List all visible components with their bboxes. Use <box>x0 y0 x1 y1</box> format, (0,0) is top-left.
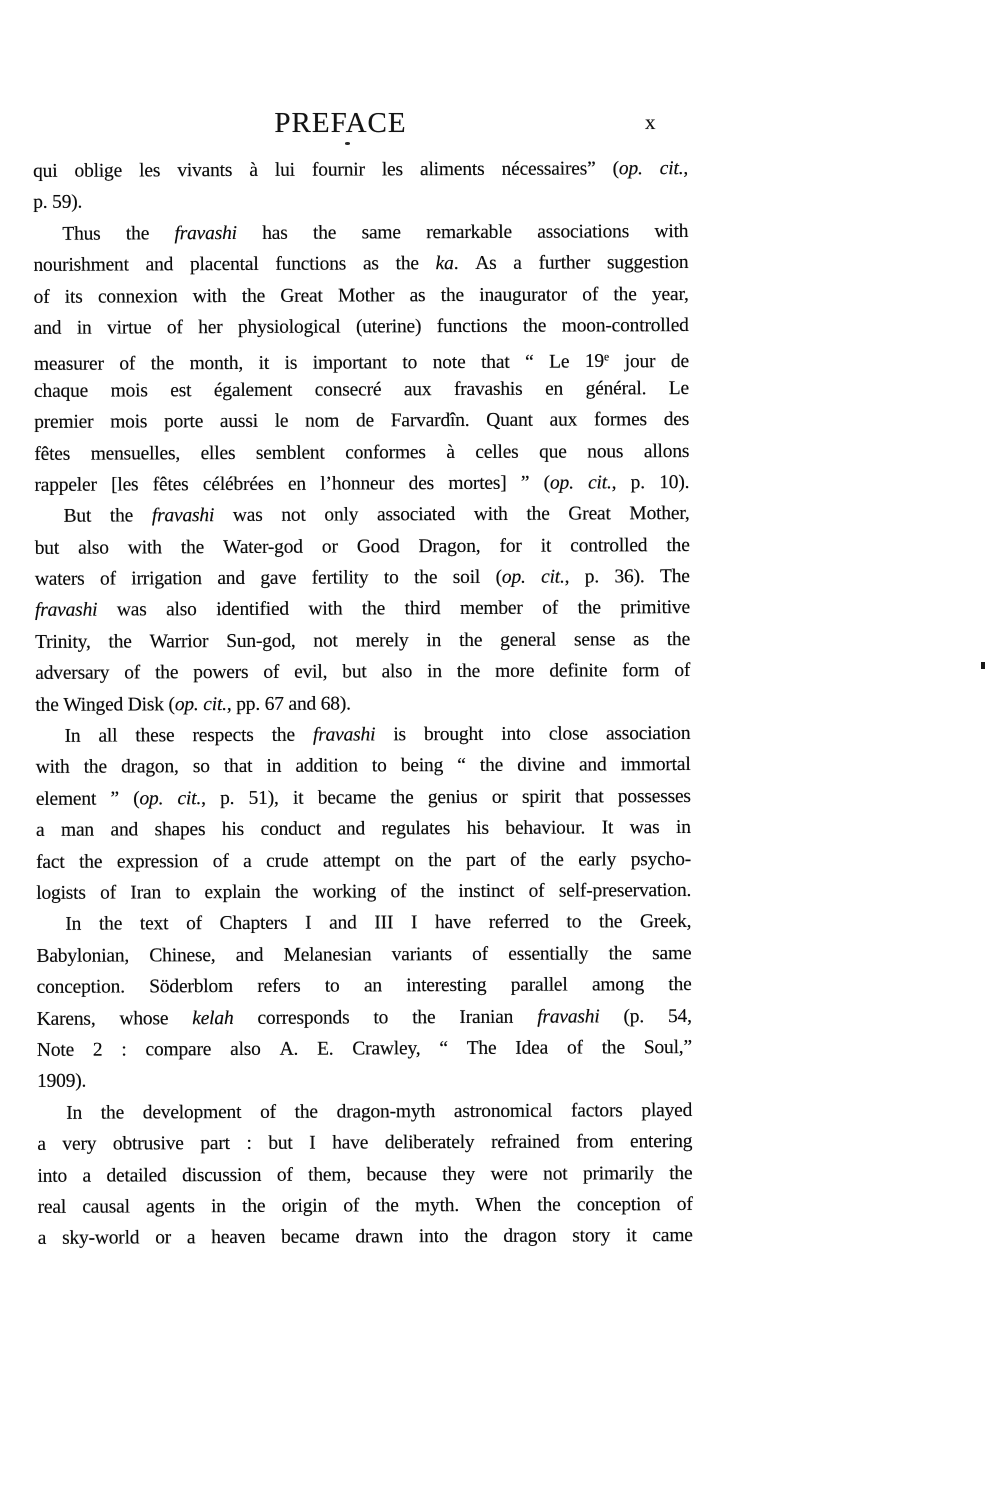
word: also <box>230 1034 261 1066</box>
word: of <box>529 876 545 907</box>
scan-artifact-speck <box>981 662 985 669</box>
word: des <box>409 468 435 500</box>
word: with <box>474 499 508 531</box>
word: text <box>140 909 169 941</box>
word: behaviour. <box>505 813 585 845</box>
word: of <box>263 657 279 688</box>
word: 67 <box>265 688 284 719</box>
word: virtue <box>107 312 151 344</box>
word: the <box>362 594 385 626</box>
word: général. <box>586 373 647 405</box>
word: : <box>246 1128 251 1159</box>
word: a <box>82 1160 91 1191</box>
word: porte <box>164 406 203 438</box>
word: the <box>441 280 464 312</box>
word: [les <box>111 469 138 501</box>
word: de <box>356 405 374 436</box>
word: Iranian <box>459 1001 513 1033</box>
word: agents <box>146 1191 195 1223</box>
word: “ <box>457 750 466 781</box>
word: Chinese, <box>149 940 215 972</box>
word: the <box>313 217 336 249</box>
word: irrigation <box>131 563 202 595</box>
word: the <box>669 1157 692 1189</box>
word: the <box>480 750 503 782</box>
word: Warrior <box>149 626 208 658</box>
word: Quant <box>486 405 533 437</box>
word: and <box>236 940 264 972</box>
text-line: chaquemoisestégalementconsecréauxfravash… <box>34 373 689 407</box>
word: with <box>193 281 227 313</box>
word: year, <box>652 279 689 311</box>
word: Söderblom <box>149 971 233 1003</box>
word: sense <box>574 624 615 656</box>
word: elles <box>201 437 236 469</box>
word: A. <box>280 1034 299 1065</box>
word: a <box>187 1222 196 1253</box>
word: the <box>609 938 632 970</box>
word: the <box>666 530 689 562</box>
word: Le <box>669 373 689 404</box>
word: III <box>374 908 393 939</box>
word: Winged <box>63 689 123 721</box>
word: l’honneur <box>320 468 394 500</box>
text-line: logistsofIrantoexplaintheworkingoftheins… <box>36 875 691 909</box>
word: controlled <box>570 530 647 562</box>
word: the <box>667 624 690 656</box>
word: a <box>37 1129 46 1160</box>
word: explain <box>204 877 260 909</box>
word: aux <box>550 405 578 437</box>
word: have <box>435 907 471 939</box>
word: association <box>606 718 691 750</box>
word: The <box>660 561 690 593</box>
word: p. <box>585 561 599 592</box>
word: nécessaires” <box>501 153 595 185</box>
word: mois <box>110 406 147 438</box>
word: Karens, <box>37 1003 96 1035</box>
word: des <box>664 404 690 436</box>
word: Mother <box>338 280 394 312</box>
word: same <box>361 217 400 249</box>
word: was <box>233 500 263 532</box>
word: les <box>382 154 403 185</box>
word: Babylonian, <box>36 940 129 972</box>
word: fact <box>36 846 65 878</box>
word: the <box>272 720 295 752</box>
word: cit., <box>588 467 616 499</box>
word: cit., <box>660 153 688 185</box>
word: : <box>121 1034 126 1065</box>
word: definite <box>549 656 607 688</box>
word: inaugurator <box>479 279 567 311</box>
word: respects <box>192 720 253 752</box>
word: them, <box>308 1159 351 1191</box>
word: became <box>318 782 376 814</box>
word: working <box>312 876 376 908</box>
text-line: averyobtrusivepart:butIhavedeliberatelyr… <box>37 1126 692 1160</box>
word: that <box>575 781 604 813</box>
word: and <box>110 815 138 847</box>
word: associations <box>537 216 629 248</box>
word: également <box>214 374 292 406</box>
word: of <box>567 1032 583 1063</box>
word: the <box>599 907 622 939</box>
word: more <box>495 656 534 688</box>
word: divine <box>517 750 565 782</box>
word: addition <box>295 751 357 783</box>
word: (p. <box>623 1001 644 1032</box>
word: of <box>100 564 116 595</box>
word: I <box>309 1128 315 1159</box>
word: came <box>652 1220 692 1252</box>
word: les <box>139 155 160 186</box>
word: Trinity, <box>35 626 91 658</box>
word: psycho- <box>631 844 691 876</box>
word: immortal <box>621 749 691 781</box>
word: or <box>155 1223 171 1254</box>
word: regulates <box>381 813 450 845</box>
word: or <box>322 531 338 562</box>
text-line: p. 59). <box>33 184 688 218</box>
word: the <box>412 1002 435 1034</box>
word: played <box>641 1095 692 1127</box>
word: premier <box>34 407 93 439</box>
word: (op. <box>168 689 198 721</box>
word: of <box>213 846 229 877</box>
text-line: 1909). <box>37 1063 692 1097</box>
word: of <box>472 939 488 970</box>
word: (op. <box>544 467 574 499</box>
word: of <box>277 1159 293 1190</box>
word: allons <box>644 436 690 468</box>
text-line: intoadetaileddiscussionofthem,becausethe… <box>37 1157 692 1191</box>
word: origin <box>282 1190 328 1222</box>
word: Iran <box>130 877 161 909</box>
word: brought <box>424 719 483 751</box>
word: obtrusive <box>113 1128 184 1160</box>
word: part <box>200 1128 230 1160</box>
word: of <box>510 844 526 875</box>
word: and <box>34 313 62 345</box>
word: 1909). <box>37 1066 86 1098</box>
word: close <box>549 718 588 750</box>
word: associated <box>377 499 455 531</box>
word: placental <box>190 249 259 281</box>
word: soil <box>453 562 481 594</box>
word: myth. <box>415 1190 459 1222</box>
word: the <box>523 311 546 343</box>
word: Chapters <box>220 908 288 940</box>
word: a <box>36 815 45 846</box>
word: the <box>35 689 58 721</box>
word: to <box>566 907 581 938</box>
word: the <box>275 877 298 909</box>
word: shapes <box>154 814 205 846</box>
word: est <box>170 375 191 406</box>
word: the <box>99 909 122 941</box>
word: astronomical <box>454 1095 552 1127</box>
word: Farvardîn. <box>391 405 470 437</box>
word: “ <box>525 346 534 377</box>
word: with <box>128 532 162 564</box>
word: conformes <box>345 437 426 469</box>
word: heaven <box>211 1222 265 1254</box>
word: same <box>652 938 691 970</box>
word: functions <box>437 311 508 343</box>
text-line: element”(op.cit.,p.51),itbecamethegenius… <box>36 781 691 815</box>
word: fravashi <box>152 500 214 532</box>
word: as <box>633 624 649 655</box>
word: the <box>155 657 178 689</box>
word: ” <box>110 783 119 814</box>
word: a <box>513 248 522 279</box>
word: genius <box>428 782 478 814</box>
word: member <box>460 593 523 625</box>
word: the <box>84 752 107 784</box>
word: factors <box>571 1095 623 1127</box>
word: vivants <box>177 155 232 187</box>
word: so <box>193 752 210 783</box>
word: Great <box>280 280 322 312</box>
word: variants <box>392 939 452 971</box>
word: refers <box>257 971 300 1003</box>
word: of <box>582 279 598 310</box>
word: primitive <box>620 592 690 624</box>
word: Great <box>568 499 610 531</box>
word: corresponds <box>257 1002 349 1034</box>
word: in <box>427 656 442 687</box>
text-line: premiermoisporteaussilenomdeFarvardîn.Qu… <box>34 404 689 438</box>
word: aussi <box>220 406 258 438</box>
word: general <box>500 624 556 656</box>
word: p. <box>631 467 645 498</box>
word: was <box>630 812 660 844</box>
word: but <box>268 1128 292 1160</box>
word: Dragon, <box>418 531 480 563</box>
text-line: adversaryofthepowersofevil,butalsointhem… <box>35 655 690 689</box>
word: as <box>409 280 425 311</box>
text-line: fravashiwasalsoidentifiedwiththethirdmem… <box>35 592 690 626</box>
text-block: quiobligelesvivantsàluifournirlesaliment… <box>33 153 693 1255</box>
word: his <box>222 814 244 846</box>
word: dragon, <box>121 752 179 784</box>
word: the <box>242 280 265 312</box>
text-line: asky-worldoraheavenbecamedrawnintothedra… <box>38 1220 693 1254</box>
word: self-preservation. <box>559 875 691 907</box>
word: referred <box>489 907 549 939</box>
word: into <box>419 1221 449 1253</box>
word: man <box>61 815 94 847</box>
word: all <box>98 721 117 752</box>
word: and <box>288 688 316 720</box>
word: discussion <box>182 1159 261 1191</box>
word: 2 <box>93 1035 103 1066</box>
word: real <box>38 1192 67 1224</box>
word: of <box>34 281 50 312</box>
word: fravashi <box>174 218 236 250</box>
word: in <box>426 625 441 656</box>
word: refrained <box>491 1127 560 1159</box>
word: connexion <box>98 281 178 313</box>
word: of <box>390 876 406 907</box>
word: its <box>65 281 83 312</box>
word: the <box>295 1096 318 1128</box>
word: the <box>126 218 149 250</box>
word: fournir <box>312 154 365 186</box>
word: parallel <box>511 970 568 1002</box>
word: spirit <box>522 781 561 813</box>
word: 51), <box>249 783 279 815</box>
word: ka. <box>436 248 459 280</box>
word: as <box>363 249 379 280</box>
word: conception <box>577 1189 661 1221</box>
word: adversary <box>35 658 109 690</box>
word: powers <box>193 657 248 689</box>
word: 59). <box>52 187 82 219</box>
text-line: butalsowiththeWater-godorGoodDragon,fori… <box>35 530 690 564</box>
word: in <box>676 812 691 843</box>
word: fravashis <box>454 373 523 405</box>
word: (op. <box>496 562 526 594</box>
word: were <box>490 1158 527 1190</box>
word: of <box>542 593 558 624</box>
word: As <box>475 248 496 279</box>
text-line: rappeler[lesfêtescélébréesenl’honneurdes… <box>34 467 689 501</box>
word: they <box>442 1158 475 1190</box>
text-line: realcausalagentsintheoriginofthemyth.Whe… <box>38 1189 693 1223</box>
word: not <box>281 500 305 532</box>
word: Good <box>357 531 400 563</box>
word: à <box>249 155 258 186</box>
word: le <box>275 406 289 437</box>
word: that <box>224 751 253 783</box>
text-line: Babylonian,Chinese,andMelanesianvariants… <box>36 938 691 972</box>
word: In <box>65 909 81 940</box>
word: physiological <box>238 311 341 343</box>
word: mensuelles, <box>91 438 180 470</box>
word: celles <box>475 436 518 468</box>
text-line: conception.Söderblomreferstoaninterestin… <box>37 969 692 1003</box>
word: became <box>281 1222 339 1254</box>
word: of <box>260 1097 276 1128</box>
word: Note <box>37 1035 74 1067</box>
word: the <box>537 1189 560 1221</box>
word: very <box>62 1129 96 1161</box>
word: the <box>375 1190 398 1222</box>
word: logists <box>36 878 86 910</box>
word: her <box>198 312 222 344</box>
word: to <box>372 751 387 782</box>
text-line: Butthefravashiwasnotonlyassociatedwithth… <box>35 498 690 532</box>
word: I <box>411 908 417 939</box>
word: of <box>100 877 116 908</box>
text-line: ofitsconnexionwiththeGreatMotherastheina… <box>34 279 689 313</box>
word: but <box>342 657 366 689</box>
page-title: PREFACE <box>33 108 648 138</box>
word: and <box>329 908 357 940</box>
word: aliments <box>420 154 485 186</box>
word: is <box>393 719 406 750</box>
text-line: Trinity,theWarriorSun-god,notmerelyinthe… <box>35 624 690 658</box>
word: fêtes <box>153 469 189 501</box>
word: whose <box>119 1003 168 1035</box>
page-number: x <box>645 110 656 135</box>
word: p. <box>33 187 47 218</box>
word: fravashi <box>35 595 97 627</box>
word: also <box>78 532 109 564</box>
word: identified <box>216 594 289 626</box>
text-line: InthetextofChaptersIandIIIIhavereferredt… <box>36 906 691 940</box>
word: the <box>101 1097 124 1129</box>
word: Mother, <box>629 498 689 530</box>
word: Greek, <box>640 906 691 938</box>
text-line: withthedragon,sothatinadditiontobeing“th… <box>36 749 691 783</box>
word: 68). <box>321 688 351 720</box>
word: to <box>384 562 399 593</box>
word: from <box>576 1126 613 1158</box>
word: the <box>421 876 444 908</box>
text-line: Note2:comparealsoA.E.Crawley,“TheIdeaoft… <box>37 1032 692 1066</box>
word: to <box>325 971 340 1002</box>
word: with <box>654 216 688 248</box>
word: crude <box>266 845 308 877</box>
text-line: the Winged Disk (op. cit., pp. 67 and 68… <box>35 687 690 721</box>
word: lui <box>275 155 295 186</box>
word: the <box>540 844 563 876</box>
word: semblent <box>256 437 325 469</box>
word: of <box>343 1190 359 1221</box>
word: and <box>146 249 174 281</box>
word: oblige <box>74 155 122 187</box>
word: sky-world <box>62 1223 139 1255</box>
word: also <box>381 656 412 688</box>
word: primarily <box>583 1158 654 1190</box>
word: fêtes <box>34 438 70 470</box>
word: dragon <box>503 1221 556 1253</box>
word: the <box>668 969 691 1001</box>
word: because <box>366 1159 426 1191</box>
word: for <box>499 530 521 562</box>
word: and <box>217 563 245 595</box>
word: evil, <box>294 657 327 689</box>
word: instinct <box>458 876 514 908</box>
text-line: Inthedevelopmentofthedragon-mythastronom… <box>37 1095 692 1129</box>
word: among <box>592 969 644 1001</box>
word: conduct <box>261 814 321 846</box>
word: conception. <box>37 972 125 1004</box>
word: not <box>543 1158 567 1190</box>
word: was <box>117 595 147 627</box>
word: with <box>308 594 342 626</box>
word: remarkable <box>426 217 512 249</box>
word: and <box>579 750 607 782</box>
word: Idea <box>515 1033 548 1065</box>
word: to <box>175 877 190 908</box>
word: form <box>622 655 659 687</box>
word: Soul,” <box>644 1032 692 1064</box>
word: When <box>475 1190 521 1222</box>
scan-artifact-dot <box>345 142 350 145</box>
word: Melanesian <box>283 939 371 971</box>
word: the <box>181 532 204 564</box>
word: part <box>466 844 496 876</box>
word: en <box>545 373 563 404</box>
word: the <box>464 1221 487 1253</box>
word: pp. <box>236 689 260 721</box>
word: the <box>602 1032 625 1064</box>
word: suggestion <box>607 247 689 279</box>
